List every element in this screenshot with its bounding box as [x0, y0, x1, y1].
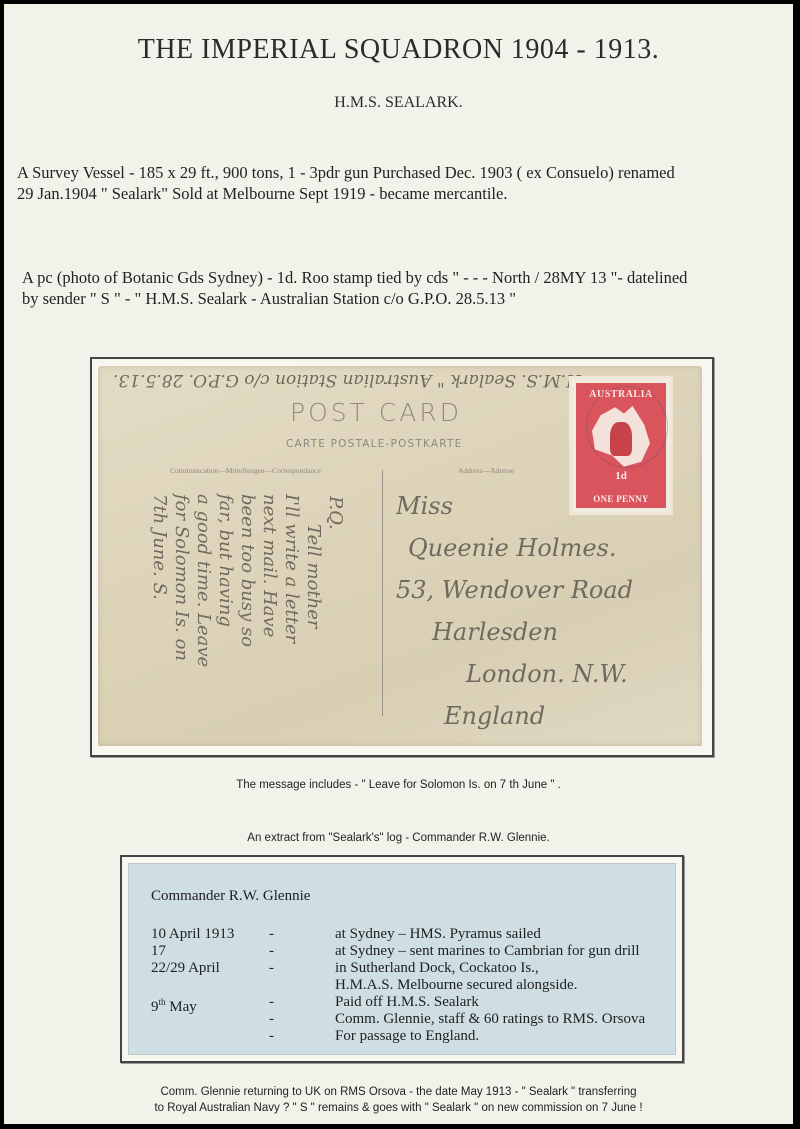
item-description: A pc (photo of Botanic Gds Sydney) - 1d.…: [22, 267, 797, 309]
album-page: THE IMPERIAL SQUADRON 1904 - 1913. H.M.S…: [4, 4, 793, 1124]
communication-label: Communication—Mittellungen—Correspondanc…: [170, 466, 321, 475]
log-date: 9th May: [151, 994, 269, 1011]
handwritten-dateline: H.M.S. Sealark " Australian Station c/o …: [113, 370, 581, 390]
log-entry: 9th May - Paid off H.M.S. Sealark: [151, 994, 645, 1011]
log-dash: -: [269, 994, 335, 1011]
postcard-printed-subline: CARTE POSTALE-POSTKARTE: [286, 438, 463, 450]
footer-note: Comm. Glennie returning to UK on RMS Ors…: [4, 1084, 793, 1116]
log-text: H.M.A.S. Melbourne secured alongside.: [335, 977, 577, 994]
footer-line-1: Comm. Glennie returning to UK on RMS Ors…: [4, 1084, 793, 1100]
log-date: [151, 977, 269, 994]
log-entry: 22/29 April - in Sutherland Dock, Cockat…: [151, 960, 645, 977]
log-text: Paid off H.M.S. Sealark: [335, 994, 479, 1011]
log-text: at Sydney – HMS. Pyramus sailed: [335, 926, 541, 943]
log-date: [151, 1028, 269, 1045]
log-text: in Sutherland Dock, Cockatoo Is.,: [335, 960, 539, 977]
log-entry: H.M.A.S. Melbourne secured alongside.: [151, 977, 645, 994]
message-line: far, but having: [215, 494, 236, 627]
log-intro-caption: An extract from "Sealark's" log - Comman…: [4, 832, 793, 844]
message-line: I'll write a letter: [281, 494, 302, 643]
message-line: P.Q.: [325, 496, 346, 530]
address-line: London. N.W.: [466, 660, 628, 688]
log-dash: -: [269, 943, 335, 960]
address-label: Address—Adresse: [458, 466, 514, 475]
vessel-description-line-2: 29 Jan.1904 " Sealark" Sold at Melbourne…: [17, 183, 797, 204]
handwritten-message: P.Q. Tell mother I'll write a letter nex…: [106, 484, 376, 734]
postmark-cancel-icon: [586, 386, 668, 468]
log-dash: -: [269, 960, 335, 977]
vessel-description: A Survey Vessel - 185 x 29 ft., 900 tons…: [17, 162, 797, 204]
item-description-line-1: A pc (photo of Botanic Gds Sydney) - 1d.…: [22, 267, 797, 288]
address-line: England: [444, 702, 545, 730]
log-text: at Sydney – sent marines to Cambrian for…: [335, 943, 640, 960]
page-title: THE IMPERIAL SQUADRON 1904 - 1913.: [4, 34, 793, 66]
address-line: Miss: [396, 492, 453, 520]
vessel-description-line-1: A Survey Vessel - 185 x 29 ft., 900 tons…: [17, 162, 797, 183]
log-extract-mount: Commander R.W. Glennie 10 April 1913 - a…: [120, 855, 684, 1063]
log-entry: - For passage to England.: [151, 1028, 645, 1045]
message-caption: The message includes - " Leave for Solom…: [4, 779, 793, 791]
page-subtitle: H.M.S. SEALARK.: [4, 94, 793, 112]
log-dash: [269, 977, 335, 994]
log-text: For passage to England.: [335, 1028, 479, 1045]
log-date: 17: [151, 943, 269, 960]
address-line: 53, Wendover Road: [396, 576, 633, 604]
postcard-mount: H.M.S. Sealark " Australian Station c/o …: [90, 357, 714, 757]
message-line: 7th June. S.: [149, 494, 170, 600]
message-line: next mail. Have: [259, 494, 280, 637]
log-heading: Commander R.W. Glennie: [151, 888, 310, 905]
address-line: Harlesden: [432, 618, 558, 646]
log-entries: 10 April 1913 - at Sydney – HMS. Pyramus…: [151, 926, 645, 1045]
footer-line-2: to Royal Australian Navy ? " S " remains…: [4, 1100, 793, 1116]
message-line: Tell mother: [303, 524, 324, 628]
message-line: for Solomon Is. on: [171, 494, 192, 661]
log-extract-box: Commander R.W. Glennie 10 April 1913 - a…: [128, 863, 676, 1055]
postcard-printed-title: POST CARD: [290, 398, 462, 427]
log-text: Comm. Glennie, staff & 60 ratings to RMS…: [335, 1011, 645, 1028]
stamp-denomination: ONE PENNY: [593, 494, 648, 504]
stamp-value: 1d: [615, 470, 627, 482]
log-entry: 17 - at Sydney – sent marines to Cambria…: [151, 943, 645, 960]
log-dash: -: [269, 1011, 335, 1028]
log-entry: 10 April 1913 - at Sydney – HMS. Pyramus…: [151, 926, 645, 943]
log-date: [151, 1011, 269, 1028]
message-line: a good time. Leave: [193, 494, 214, 667]
item-description-line-2: by sender " S " - " H.M.S. Sealark - Aus…: [22, 288, 797, 309]
log-entry: - Comm. Glennie, staff & 60 ratings to R…: [151, 1011, 645, 1028]
log-dash: -: [269, 926, 335, 943]
message-line: been too busy so: [237, 494, 258, 647]
postcard-divider: [382, 470, 383, 716]
log-date: 10 April 1913: [151, 926, 269, 943]
log-dash: -: [269, 1028, 335, 1045]
postcard-image: H.M.S. Sealark " Australian Station c/o …: [98, 366, 702, 746]
log-date: 22/29 April: [151, 960, 269, 977]
address-line: Queenie Holmes.: [408, 534, 616, 562]
